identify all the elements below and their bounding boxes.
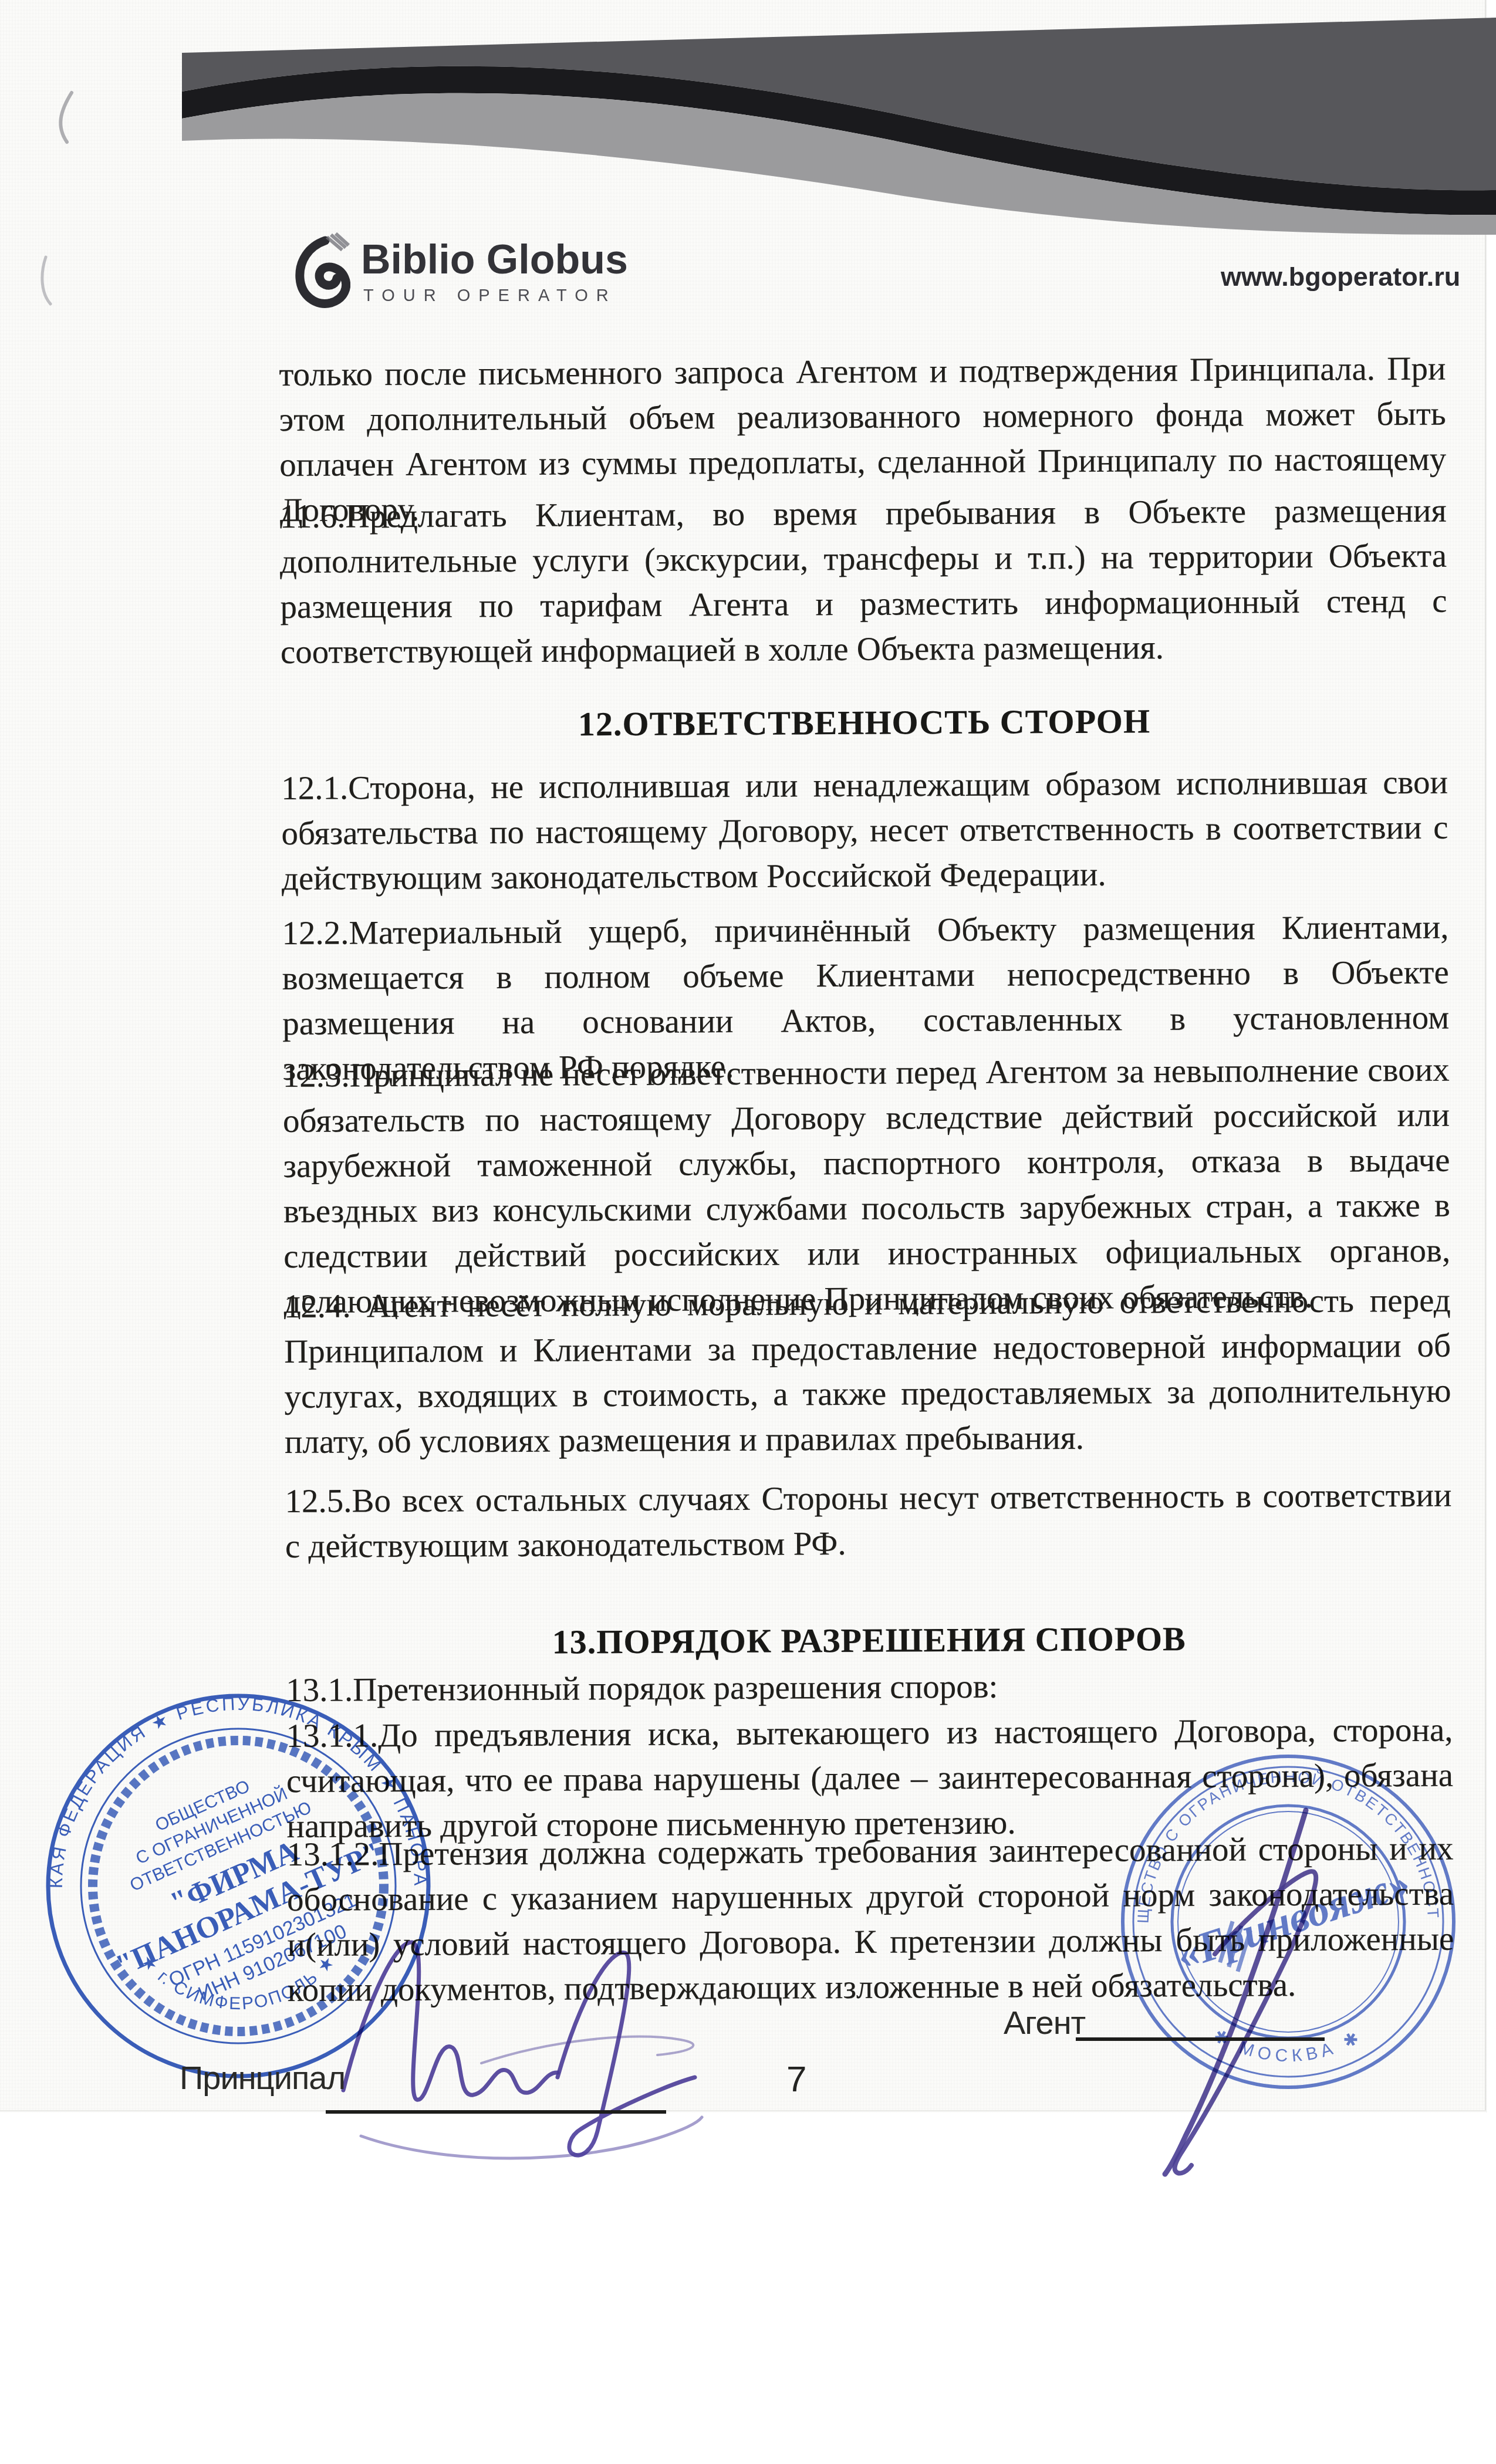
principal-label: Принципал bbox=[180, 2059, 345, 2097]
paragraph-12-4: 12.4. Агент несёт полную моральную и мат… bbox=[283, 1278, 1451, 1465]
principal-signature-line bbox=[326, 2110, 666, 2114]
section-heading-12: 12.ОТВЕТСТВЕННОСТЬ СТОРОН bbox=[281, 697, 1447, 748]
signature-stroke-main bbox=[343, 1942, 558, 2100]
signature-stroke-long bbox=[1165, 1810, 1306, 2174]
principal-signature bbox=[305, 1901, 751, 2183]
paper-right-edge bbox=[1485, 0, 1487, 2113]
signature-stroke-flourish bbox=[361, 2117, 702, 2158]
pen-mark-top bbox=[60, 93, 72, 142]
page-number: 7 bbox=[786, 2059, 806, 2100]
paragraph-11-6: 11.6.Предлагать Клиентам, во время пребы… bbox=[279, 488, 1447, 675]
paragraph-12-5: 12.5.Во всех остальных случаях Стороны н… bbox=[285, 1473, 1452, 1569]
agent-signature-line bbox=[1076, 2037, 1325, 2041]
paragraph-13-1: 13.1.Претензионный порядок разрешения сп… bbox=[286, 1662, 1453, 1713]
paragraph-12-1: 12.1.Сторона, не исполнившая или ненадле… bbox=[281, 760, 1448, 901]
section-heading-13: 13.ПОРЯДОК РАЗРЕШЕНИЯ СПОРОВ bbox=[285, 1615, 1452, 1666]
agent-label: Агент bbox=[1004, 2003, 1085, 2041]
pen-scuff-marks bbox=[23, 70, 106, 317]
signature-stroke-cross bbox=[1175, 1871, 1316, 2173]
pen-mark-bottom bbox=[42, 257, 50, 304]
signature-stroke-oval bbox=[481, 2037, 693, 2063]
agent-signature bbox=[1127, 1784, 1373, 2195]
scanned-contract-page: Biblio Globus TOUR OPERATOR www.bgoperat… bbox=[0, 0, 1496, 2464]
